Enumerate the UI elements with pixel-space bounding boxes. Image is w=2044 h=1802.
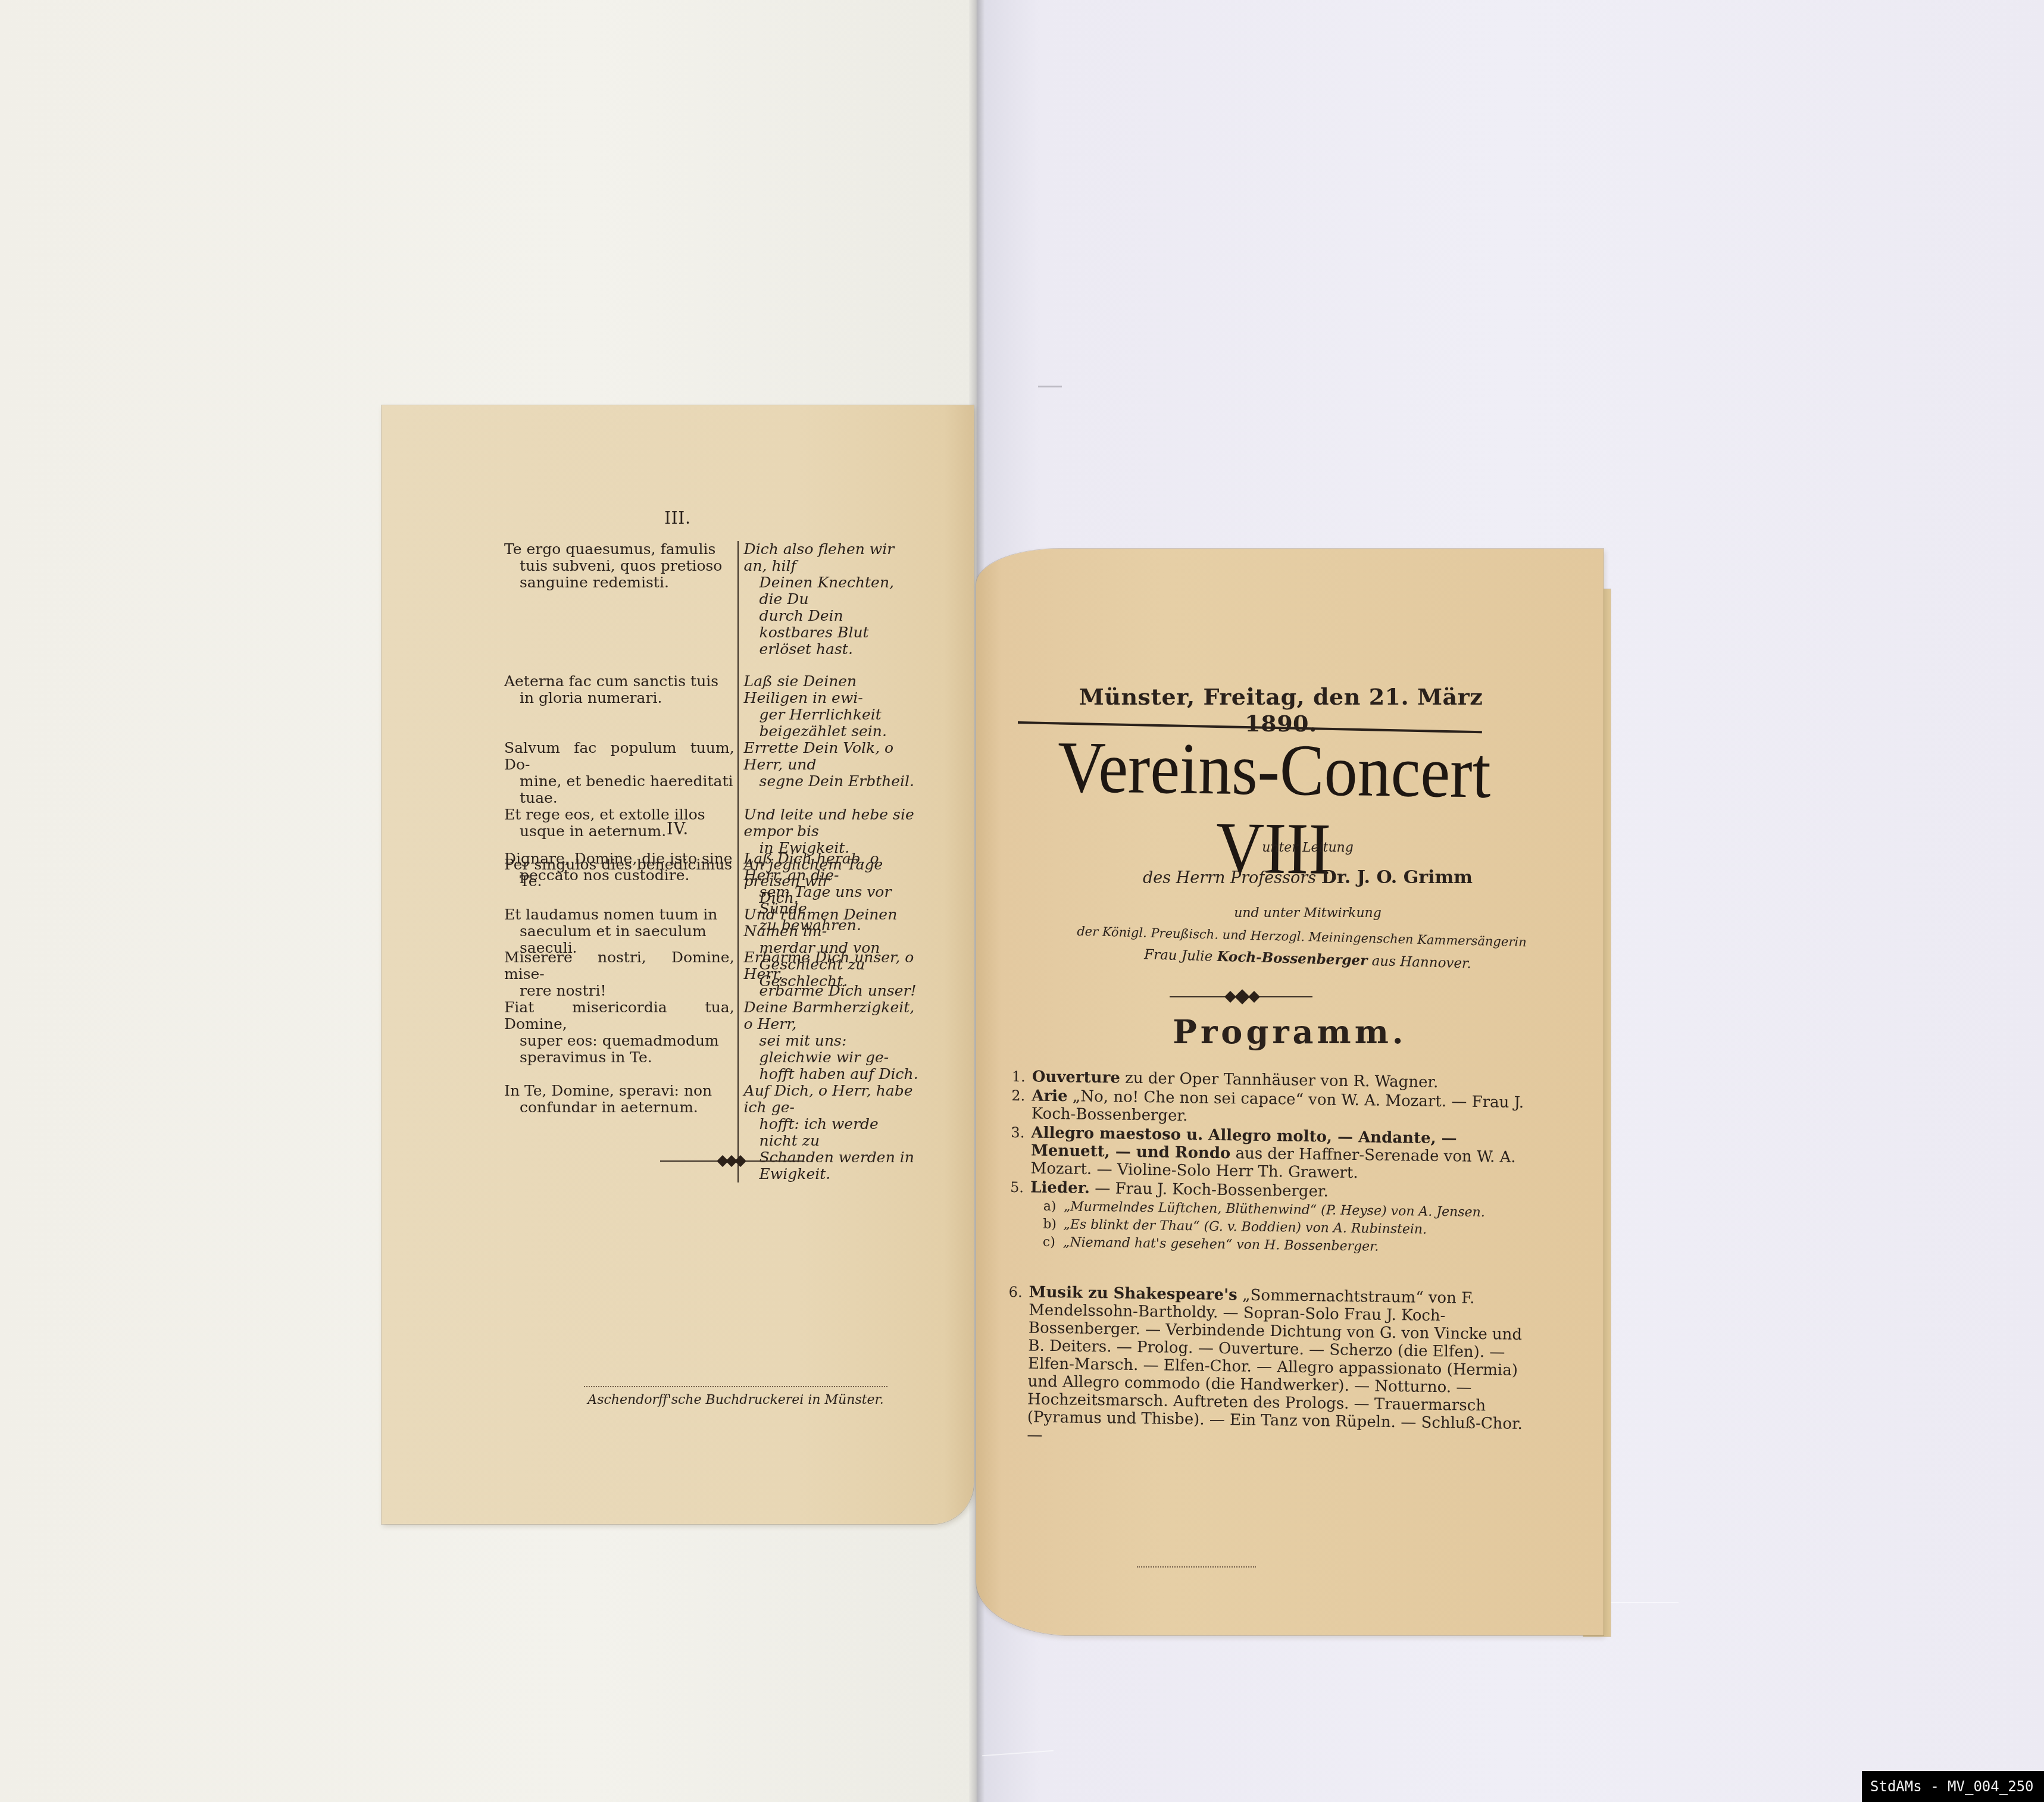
program-details: „Sommernachtstraum“ von F. Mendelssohn-B… [1027, 1286, 1523, 1444]
verse-line: durch Dein kostbares Blut [744, 608, 921, 641]
program-item: 6.Musik zu Shakespeare's „Sommernachtstr… [1007, 1283, 1533, 1451]
latin-verse: Salvum fac populum tuum, Do-mine, et ben… [504, 740, 738, 806]
verse-row: Aeterna fac cum sanctis tuisin gloria nu… [504, 673, 921, 740]
verse-row: Dignare, Domine, die isto sinepeccato no… [504, 850, 921, 934]
german-verse: Laß Dich herab, o Herr, an die-sem Tage … [738, 850, 921, 934]
verse-line: sem Tage uns vor Sünde [744, 884, 921, 917]
latin-verse: Fiat misericordia tua, Domine,super eos:… [504, 999, 738, 1083]
program-work-title: Arie [1032, 1087, 1068, 1105]
verse-line: Laß Dich herab, o Herr, an die- [744, 850, 921, 884]
program-item: 3.Allegro maestoso u. Allegro molto, — A… [1010, 1124, 1534, 1184]
program-heading: Programm. [976, 1013, 1604, 1051]
soloist-prefix: Frau Julie [1144, 947, 1213, 964]
cooperation-intro: und unter Mitwirkung [994, 906, 1621, 921]
verse-gap [504, 658, 921, 673]
verse-line: hofft: ich werde nicht zu [744, 1116, 921, 1149]
program-item: 2.Arie „No, no! Che non sei capace“ von … [1011, 1087, 1536, 1130]
program-number: 1. [1012, 1068, 1026, 1085]
german-verse: Deine Barmherzigkeit, o Herr,sei mit uns… [738, 999, 921, 1083]
verse-line: peccato nos custodire. [504, 867, 735, 884]
verse-row: Fiat misericordia tua, Domine,super eos:… [504, 999, 921, 1083]
pencil-mark [1038, 386, 1062, 387]
verse-line: rere nostri! [504, 983, 735, 999]
program-number: 6. [1009, 1283, 1023, 1301]
verse-line: Deine Barmherzigkeit, o Herr, [744, 999, 921, 1033]
conductor-prefix: des Herrn Professors [1143, 869, 1316, 887]
verse-line: Fiat misericordia tua, Domine, [504, 999, 735, 1033]
verse-row: Te ergo quaesumus, famulistuis subveni, … [504, 541, 921, 658]
verse-line: Errette Dein Volk, o Herr, und [744, 740, 921, 773]
verse-row: In Te, Domine, speravi: nonconfundar in … [504, 1083, 921, 1182]
song-letter: a) [1043, 1199, 1057, 1215]
german-verse: Errette Dein Volk, o Herr, undsegne Dein… [738, 740, 921, 806]
conductor-intro: unter Leitung [994, 840, 1621, 855]
column-divider [737, 850, 739, 1182]
german-verse: Auf Dich, o Herr, habe ich ge-hofft: ich… [738, 1083, 921, 1182]
verse-row: Salvum fac populum tuum, Do-mine, et ben… [504, 740, 921, 806]
verse-line: super eos: quemadmodum [504, 1033, 735, 1049]
verse-line: Miserere nostri, Domine, mise- [504, 949, 735, 983]
verse-line: erbarme Dich unser! [744, 983, 921, 999]
song-title: „Murmelndes Lüftchen, Blüthenwind“ (P. H… [1064, 1199, 1485, 1220]
section-iv-columns: Dignare, Domine, die isto sinepeccato no… [504, 850, 921, 1182]
verse-line: sei mit uns: gleichwie wir ge- [744, 1033, 921, 1066]
verse-line: Aeterna fac cum sanctis tuis [504, 673, 735, 690]
program-number: 2. [1011, 1087, 1025, 1105]
verse-row: Miserere nostri, Domine, mise-rere nostr… [504, 949, 921, 999]
closing-rule [1137, 1566, 1256, 1570]
verse-line: In Te, Domine, speravi: non [504, 1083, 735, 1099]
verse-line: Laß sie Deinen Heiligen in ewi- [744, 673, 921, 706]
program-work-title: Musik zu Shakespeare's [1029, 1283, 1238, 1304]
german-verse: Erbarme Dich unser, o Herr,erbarme Dich … [738, 949, 921, 999]
song-letter: b) [1043, 1217, 1057, 1232]
verse-line: Dich also flehen wir an, hilf [744, 541, 921, 574]
program-number: 5. [1010, 1178, 1024, 1196]
soloist-suffix: aus Hannover. [1371, 953, 1471, 972]
verse-line: ger Herrlichkeit beigezählet sein. [744, 706, 921, 740]
section-number-iv: IV. [382, 820, 974, 839]
verse-line: Auf Dich, o Herr, habe ich ge- [744, 1083, 921, 1116]
program-details: — Frau J. Koch-Bossenberger. [1090, 1180, 1329, 1201]
right-leaflet: Münster, Freitag, den 21. März 1890. Ver… [976, 549, 1604, 1635]
conductor-line: des Herrn Professors Dr. J. O. Grimm [994, 867, 1621, 888]
program-list: 1.Ouverture zu der Oper Tannhäuser von R… [1007, 1068, 1536, 1452]
verse-line: Erbarme Dich unser, o Herr, [744, 949, 921, 983]
verse-line: tuae. [504, 790, 735, 806]
verse-line: mine, et benedic haereditati [504, 773, 735, 790]
verse-line: sanguine redemisti. [504, 574, 735, 591]
verse-line: in gloria numerari. [504, 690, 735, 706]
verse-line: erlöset hast. [744, 641, 921, 658]
soloist-name: Koch-Bossenberger [1217, 949, 1367, 969]
verse-gap [504, 934, 921, 949]
german-verse: Laß sie Deinen Heiligen in ewi-ger Herrl… [738, 673, 921, 740]
verse-line: Deinen Knechten, die Du [744, 574, 921, 608]
verse-line: speravimus in Te. [504, 1049, 735, 1066]
conductor-name: Dr. J. O. Grimm [1321, 867, 1473, 888]
german-verse: Dich also flehen wir an, hilfDeinen Knec… [738, 541, 921, 658]
archive-label: StdAMs - MV_004_250 [1862, 1771, 2044, 1802]
verse-line: zu bewahren. [744, 917, 921, 934]
latin-verse: In Te, Domine, speravi: nonconfundar in … [504, 1083, 738, 1182]
latin-verse: Miserere nostri, Domine, mise-rere nostr… [504, 949, 738, 999]
verse-line: tuis subveni, quos pretioso [504, 558, 735, 574]
verse-line: Te ergo quaesumus, famulis [504, 541, 735, 558]
latin-verse: Dignare, Domine, die isto sinepeccato no… [504, 850, 738, 934]
program-details: zu der Oper Tannhäuser von R. Wagner. [1120, 1069, 1439, 1091]
latin-verse: Te ergo quaesumus, famulistuis subveni, … [504, 541, 738, 658]
printer-rule [584, 1386, 887, 1390]
ornament-divider [1170, 991, 1312, 1003]
printer-imprint: Aschendorff'sche Buchdruckerei in Münste… [584, 1393, 887, 1407]
song-letter: c) [1043, 1235, 1055, 1250]
program-details: „No, no! Che non sei capace“ von W. A. M… [1032, 1087, 1524, 1125]
verse-line: Dignare, Domine, die isto sine [504, 850, 735, 867]
program-work-title: Ouverture [1032, 1068, 1120, 1087]
verse-line: segne Dein Erbtheil. [744, 773, 921, 790]
program-number: 3. [1011, 1124, 1024, 1141]
verse-line: Salvum fac populum tuum, Do- [504, 740, 735, 773]
verse-line: hofft haben auf Dich. [744, 1066, 921, 1083]
verse-line: confundar in aeternum. [504, 1099, 735, 1116]
program-work-title: Lieder. [1030, 1178, 1090, 1197]
song-title: „Es blinkt der Thau“ (G. v. Boddien) von… [1063, 1217, 1427, 1237]
section-number-iii: III. [382, 509, 974, 528]
left-leaflet: III. Te ergo quaesumus, famulistuis subv… [382, 405, 974, 1524]
ornament-divider [660, 1155, 803, 1167]
latin-verse: Aeterna fac cum sanctis tuisin gloria nu… [504, 673, 738, 740]
